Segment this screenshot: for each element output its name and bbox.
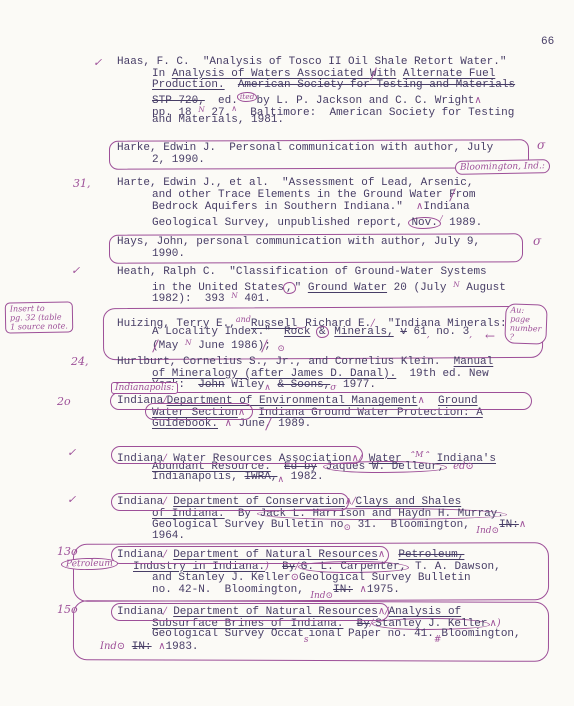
text-line: STP 720, ed.itedby L. P. Jackson and C. … [152, 92, 547, 104]
entry-indiana-wra: ✓Indiana∕ Water Resources Association∧∕ … [117, 449, 547, 484]
text-line: of Indiana. By Jack L. Harrison and Hayd… [152, 508, 547, 520]
margin-mark: ✓ [93, 57, 102, 69]
hand-note-au-note: Au:pagenumber? [504, 303, 547, 344]
margin-mark: 13o [57, 546, 78, 558]
entry-indiana-conservation: ✓Indiana∕ Department of Conservation∧∕Cl… [117, 496, 547, 542]
text-line: Geological Survey, unpublished report, N… [152, 213, 547, 225]
margin-mark: 31, [73, 178, 91, 190]
entry-indiana-dnr-brines: 15oIndiana∕ Department of Natural Resour… [117, 606, 547, 652]
margin-mark: 15o [57, 604, 78, 616]
entry-indiana-dem: 2oIndiana∕Department of Environmental Ma… [117, 395, 547, 430]
text-line: York: John Wiley∧ & Soons,σ 1977. [152, 380, 547, 392]
margin-mark: ✓ [67, 447, 76, 459]
hand-note-petroleum: Petroleum [61, 558, 118, 571]
entry-harte: 31,Harte, Edwin J., et al. "Assessment o… [117, 178, 547, 224]
entry-hurlburt: 24,Hurlburt, Cornelius S., Jr., and Corn… [117, 357, 547, 392]
text-line: Guidebook. ∧ June, 1989. [152, 418, 547, 430]
entry-hays: Hays, John, personal communication with … [117, 237, 547, 260]
text-line: in the United States," Ground Water 20 (… [152, 279, 547, 291]
text-line: Production. American Society for Testing… [152, 80, 547, 92]
hand-note-indianapolis: Indianapolis: [111, 382, 178, 394]
text-line: 1990. [152, 249, 547, 261]
scanned-bibliography-page: 66 ✓Haas, F. C. "Analysis of Tosco II Oi… [0, 0, 574, 706]
hand-note-au-arrow: ← [481, 330, 499, 342]
text-line: Indiana∕ Department of Conservation∧∕Cla… [117, 496, 547, 508]
margin-mark: ✓ [71, 265, 80, 277]
hand-note-hays-loop: σ [529, 235, 545, 247]
bibliography-entries: ✓Haas, F. C. "Analysis of Tosco II Oil S… [0, 0, 574, 706]
text-line: Heath, Ralph C. "Classification of Groun… [117, 267, 547, 279]
entry-haas: ✓Haas, F. C. "Analysis of Tosco II Oil S… [117, 57, 547, 126]
entry-huizing: Huizing, Terry E.,andRussell‿Richard E.∕… [117, 314, 547, 349]
text-line: Huizing, Terry E.,andRussell‿Richard E.∕… [117, 314, 547, 326]
text-line: Bedrock Aquifers in Southern Indiana." ∧… [152, 201, 547, 213]
text-line: Indiana∕ Water Resources Association∧∕ W… [117, 449, 547, 461]
text-line: Geological Survey Occatsional Paper no. … [152, 629, 547, 641]
hand-note-bloomington: Bloomington, Ind.: [455, 159, 550, 175]
hand-note-harke-loop: σ [533, 139, 549, 151]
margin-mark: 2o [57, 396, 71, 408]
entry-heath: ✓Heath, Ralph C. "Classification of Grou… [117, 267, 547, 302]
text-line: Water Section∧ Indiana Ground Water Prot… [152, 407, 547, 419]
text-line: and Stanley J. Keller⊙Geological Survey … [152, 572, 547, 584]
text-line: Ind⊙ IN: ∧1983. [100, 641, 547, 653]
text-line: Indiana∕ Department of Natural Resources… [117, 549, 547, 561]
text-line: Indiana∕Department of Environmental Mana… [117, 395, 547, 407]
margin-mark: ✓ [67, 494, 76, 506]
text-line: Geological Survey Bulletin no⊙ 31. Bloom… [152, 519, 547, 531]
text-line: no. 42-N. Bloomington, Ind⊙IN: ∧1975. [152, 584, 547, 596]
text-line: Indianapolis, IWRA,∧ 1982. [152, 472, 547, 484]
text-line: and other Trace Elements in the Ground W… [152, 190, 547, 202]
text-line: Indiana∕ Department of Natural Resources… [117, 606, 547, 618]
text-line: Industry in Indiana.) By∕G. L. Carpenter… [133, 561, 547, 573]
margin-mark: 24, [71, 356, 89, 368]
entry-indiana-dnr-petroleum: 13oIndiana∕ Department of Natural Resour… [117, 549, 547, 595]
hand-note-insert-note: Insert topg. 32 (table1 source note. [5, 301, 73, 333]
